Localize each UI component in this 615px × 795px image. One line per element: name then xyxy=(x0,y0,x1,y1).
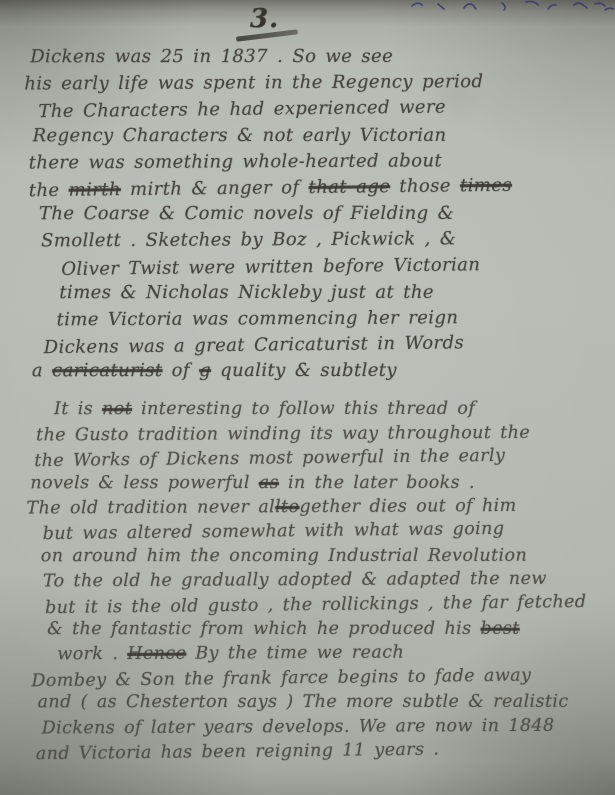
manuscript-line: the mirth mirth & anger of that age thos… xyxy=(29,174,595,207)
line-segment: of xyxy=(163,360,200,381)
line-segment: To the old he gradually adopted & adapte… xyxy=(43,569,547,592)
manuscript-line: but was altered somewhat with what was g… xyxy=(43,518,597,549)
line-segment: & the fantastic from which he produced h… xyxy=(47,619,480,639)
struck-text: g xyxy=(199,360,211,381)
struck-text: mirth xyxy=(69,179,122,201)
line-segment: there was something whole-hearted about xyxy=(29,150,442,173)
line-segment: the xyxy=(29,180,69,201)
page-number: 3. xyxy=(250,4,279,34)
line-segment: Dombey & Son the frank farce begins to f… xyxy=(31,665,531,691)
manuscript-line: & the fantastic from which he produced h… xyxy=(47,619,597,644)
line-segment: and Victoria has been reigning 11 years … xyxy=(36,739,440,764)
struck-text: caricaturist xyxy=(52,360,162,381)
line-segment: Smollett . Sketches by Boz , Pickwick , … xyxy=(41,229,456,252)
manuscript-line: Oliver Twist were written before Victori… xyxy=(61,252,595,284)
line-segment: the Works of Dickens most powerful in th… xyxy=(34,446,505,471)
line-segment: Dickens of later years develops. We are … xyxy=(42,715,555,738)
line-segment: time Victoria was commencing her reign xyxy=(56,307,458,330)
line-segment: his early life was spent in the Regency … xyxy=(24,71,483,94)
line-segment: quality & subtlety xyxy=(211,360,397,381)
line-segment: The old tradition never al xyxy=(26,497,275,518)
struck-text: lto xyxy=(275,497,299,517)
manuscript-line: The Characters he had experienced were xyxy=(38,95,594,127)
line-segment: interesting to follow this thread of xyxy=(132,399,475,419)
struck-text: best xyxy=(480,619,519,639)
manuscript-line: Dickens was 25 in 1837 . So we see xyxy=(30,46,594,73)
manuscript-paragraph: Dickens was 25 in 1837 . So we seehis ea… xyxy=(22,45,596,388)
line-segment: but was altered somewhat with what was g… xyxy=(43,519,505,544)
handwritten-text-block: Dickens was 25 in 1837 . So we seehis ea… xyxy=(22,45,598,767)
manuscript-line: and ( as Chesterton says ) The more subt… xyxy=(38,692,598,717)
line-segment: Regency Characters & not early Victorian xyxy=(33,124,447,145)
blue-ink-marks xyxy=(398,0,615,18)
line-segment: mirth & anger of xyxy=(121,177,309,200)
manuscript-line: novels & less powerful as in the later b… xyxy=(30,472,596,497)
line-segment: novels & less powerful xyxy=(30,473,258,493)
line-segment: It is xyxy=(54,400,102,420)
manuscript-line: times & Nicholas Nickleby just at the xyxy=(59,281,595,308)
manuscript-line: and Victoria has been reigning 11 years … xyxy=(36,738,598,769)
line-segment: Dickens was a great Caricaturist in Word… xyxy=(44,332,465,358)
manuscript-line: Smollett . Sketches by Boz , Pickwick , … xyxy=(41,228,595,257)
line-segment: a xyxy=(32,360,52,381)
manuscript-line: Dombey & Son the frank farce begins to f… xyxy=(31,665,597,696)
line-segment: Dickens was 25 in 1837 . So we see xyxy=(30,46,393,67)
manuscript-line: The Coarse & Comic novels of Fielding & xyxy=(39,203,595,230)
line-segment: gether dies out of him xyxy=(299,496,516,517)
manuscript-paragraph: It is not interesting to follow this thr… xyxy=(24,398,598,767)
manuscript-line: on around him the oncoming Industrial Re… xyxy=(41,545,597,570)
line-segment: The Characters he had experienced were xyxy=(38,97,446,123)
line-segment: and ( as Chesterton says ) The more subt… xyxy=(38,692,569,712)
struck-text: as xyxy=(259,473,279,493)
struck-text: not xyxy=(102,400,132,420)
line-segment: Oliver Twist were written before Victori… xyxy=(61,254,480,280)
manuscript-line: the Works of Dickens most powerful in th… xyxy=(34,445,596,476)
manuscript-line: Dickens was a great Caricaturist in Word… xyxy=(44,331,596,363)
line-segment: the Gusto tradition winding its way thro… xyxy=(36,423,530,446)
line-segment: those xyxy=(390,175,460,197)
line-segment: The Coarse & Comic novels of Fielding & xyxy=(39,203,454,224)
manuscript-line: Regency Characters & not early Victorian xyxy=(33,124,595,151)
manuscript-line: but it is the old gusto , the rollicking… xyxy=(45,591,597,622)
line-segment: in the later books . xyxy=(279,472,475,492)
struck-text: times xyxy=(460,175,512,197)
manuscript-line: It is not interesting to follow this thr… xyxy=(54,399,596,424)
line-segment: on around him the oncoming Industrial Re… xyxy=(41,546,527,566)
manuscript-line: a caricaturist of g quality & subtlety xyxy=(32,360,596,387)
struck-text: Hence xyxy=(127,644,186,664)
line-segment: By the time we reach xyxy=(186,643,404,664)
manuscript-page-photo: 3. Dickens was 25 in 1837 . So we seehis… xyxy=(0,0,615,795)
line-segment: work . xyxy=(57,644,127,664)
line-segment: times & Nicholas Nickleby just at the xyxy=(59,282,434,303)
struck-text: that age xyxy=(309,176,391,198)
